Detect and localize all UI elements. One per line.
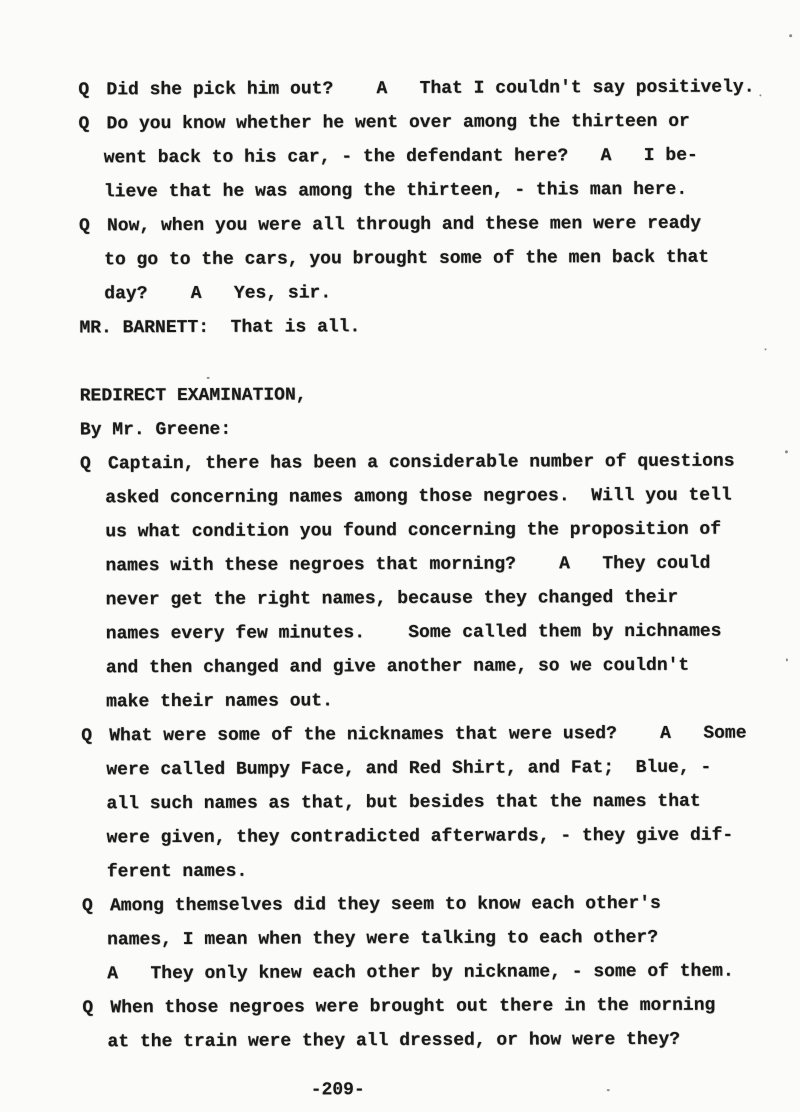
transcript-line-text: What were some of the nicknames that wer… <box>109 716 746 753</box>
transcript-line: REDIRECT EXAMINATION, <box>80 376 800 413</box>
transcript-line-text: names, I mean when they were talking to … <box>107 921 658 957</box>
transcript-line: were called Bumpy Face, and Red Shirt, a… <box>81 750 800 787</box>
transcript-line: ferent names. <box>82 852 800 889</box>
transcript-line: QCaptain, there has been a considerable … <box>80 444 800 481</box>
transcript-line-text: Among themselves did they seem to know e… <box>110 887 661 923</box>
scanned-transcript-page: QDid she pick him out? A That I couldn't… <box>0 0 800 1112</box>
transcript-line: QWhen those negroes were brought out the… <box>82 988 800 1025</box>
transcript-line-text: were given, they contradicted afterwards… <box>107 819 734 856</box>
q-marker: Q <box>78 107 89 141</box>
transcript-line-text: never get the right names, because they … <box>106 581 679 617</box>
transcript-line: names every few minutes. Some called the… <box>81 614 800 651</box>
transcript-line-text: ferent names. <box>107 855 248 890</box>
transcript-line-text: asked concerning names among those negro… <box>105 479 732 516</box>
transcript-line-text: lieve that he was among the thirteen, - … <box>104 173 687 210</box>
scan-speck <box>207 377 210 379</box>
transcript-line-text: REDIRECT EXAMINATION, <box>80 378 307 413</box>
transcript-line-text: and then changed and give another name, … <box>106 649 689 686</box>
q-marker: Q <box>78 73 89 107</box>
transcript-line: asked concerning names among those negro… <box>80 478 800 515</box>
transcript-line: day? A Yes, sir. <box>79 274 800 311</box>
transcript-line: QNow, when you were all through and thes… <box>79 206 800 243</box>
transcript-line-text: at the train were they all dressed, or h… <box>107 1023 680 1059</box>
transcript-line-text: were called Bumpy Face, and Red Shirt, a… <box>106 751 711 788</box>
scan-speck <box>785 450 788 453</box>
transcript-line: QAmong themselves did they seem to know … <box>82 886 800 923</box>
transcript-line-text: Do you know whether he went over among t… <box>106 105 689 142</box>
transcript-line-text: all such names as that, but besides that… <box>106 785 700 822</box>
transcript-line-text: Did she pick him out? A That I couldn't … <box>106 70 754 107</box>
transcript-line-text: went back to his car, - the defendant he… <box>104 139 698 176</box>
transcript-line-text: Captain, there has been a considerable n… <box>108 445 735 482</box>
transcript-line: By Mr. Greene: <box>80 410 800 447</box>
q-marker: Q <box>82 889 93 923</box>
transcript-line-text: us what condition you found concerning t… <box>105 513 721 550</box>
transcript-line-text: names every few minutes. Some called the… <box>106 615 722 652</box>
transcript-line-text: day? A Yes, sir. <box>104 276 331 311</box>
scan-speck <box>789 34 792 37</box>
transcript-line-text: names with these negroes that morning? A… <box>105 547 710 584</box>
q-marker: Q <box>82 991 93 1025</box>
transcript-body: QDid she pick him out? A That I couldn't… <box>78 70 800 1059</box>
transcript-line: to go to the cars, you brought some of t… <box>79 240 800 277</box>
transcript-line-text: By Mr. Greene: <box>80 413 231 448</box>
scan-speck <box>607 1089 610 1091</box>
typewritten-sheet: QDid she pick him out? A That I couldn't… <box>0 0 800 1112</box>
scan-speck <box>765 348 767 350</box>
transcript-line: and then changed and give another name, … <box>81 648 800 685</box>
transcript-line: QWhat were some of the nicknames that we… <box>81 716 800 753</box>
transcript-line: QDid she pick him out? A That I couldn't… <box>78 70 800 107</box>
q-marker: Q <box>81 719 92 753</box>
q-marker: Q <box>80 447 91 481</box>
transcript-line: never get the right names, because they … <box>81 580 800 617</box>
transcript-line <box>80 342 800 379</box>
transcript-line-text: make their names out. <box>106 684 333 719</box>
transcript-line: names, I mean when they were talking to … <box>82 920 800 957</box>
transcript-line-text: Now, when you were all through and these… <box>107 207 701 244</box>
scan-speck <box>759 94 761 96</box>
transcript-line: all such names as that, but besides that… <box>81 784 800 821</box>
transcript-line: us what condition you found concerning t… <box>80 512 800 549</box>
transcript-line-text: A They only knew each other by nickname,… <box>107 955 734 992</box>
transcript-line-text: MR. BARNETT: That is all. <box>79 310 360 345</box>
q-marker: Q <box>79 209 90 243</box>
transcript-line: names with these negroes that morning? A… <box>80 546 800 583</box>
transcript-line: A They only knew each other by nickname,… <box>82 954 800 991</box>
transcript-line: at the train were they all dressed, or h… <box>82 1022 800 1059</box>
transcript-line: were given, they contradicted afterwards… <box>82 818 800 855</box>
page-number: -209- <box>311 1080 365 1100</box>
transcript-line: went back to his car, - the defendant he… <box>79 138 800 175</box>
transcript-line: QDo you know whether he went over among … <box>78 104 800 141</box>
transcript-line: make their names out. <box>81 682 800 719</box>
transcript-line: MR. BARNETT: That is all. <box>79 308 800 345</box>
transcript-line-text: When those negroes were brought out ther… <box>110 989 715 1026</box>
transcript-line-text: to go to the cars, you brought some of t… <box>104 241 709 278</box>
transcript-line: lieve that he was among the thirteen, - … <box>79 172 800 209</box>
scan-speck <box>786 658 788 661</box>
